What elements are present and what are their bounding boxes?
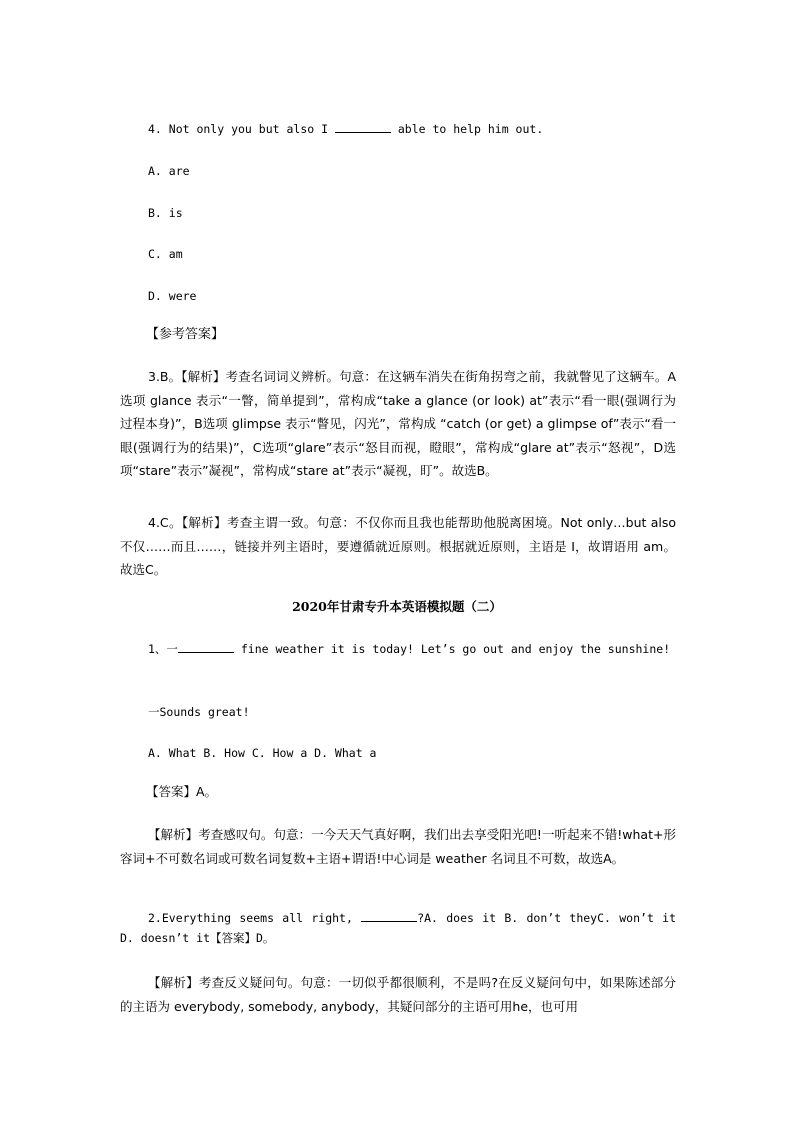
answer-blank bbox=[178, 641, 234, 653]
explanation-4: 4.C。【解析】考查主谓一致。句意：不仅你而且我也能帮助他脱离困境。Not on… bbox=[120, 511, 676, 582]
question-4-stem: 4. Not only you but also I able to help … bbox=[148, 119, 543, 139]
question-4-option-b: B. is bbox=[148, 203, 183, 223]
question-1-analysis: 【解析】考查感叹句。句意：一今天天气真好啊，我们出去享受阳光吧!一听起来不错!w… bbox=[120, 823, 676, 870]
question-1-reply: 一Sounds great! bbox=[148, 702, 250, 722]
question-4-option-d: D. were bbox=[148, 286, 196, 306]
question-2-analysis: 【解析】考查反义疑问句。句意：一切似乎都很顺利，不是吗?在反义疑问句中，如果陈述… bbox=[120, 971, 676, 1018]
document-page: 4. Not only you but also I able to help … bbox=[0, 0, 794, 1123]
question-4-option-c: C. am bbox=[148, 244, 183, 264]
question-4-option-a: A. are bbox=[148, 161, 190, 181]
answer-blank bbox=[335, 121, 391, 133]
question-2-stem: 2.Everything seems all right, ?A. does i… bbox=[120, 908, 676, 948]
question-1-stem-prefix: 1、一 bbox=[148, 642, 178, 656]
question-4-stem-before: 4. Not only you but also I bbox=[148, 122, 335, 136]
question-1-stem-suffix: fine weather it is today! Let’s go out a… bbox=[234, 642, 670, 656]
question-2-stem-prefix: 2.Everything seems all right, bbox=[148, 911, 361, 925]
reference-answer-heading: 【参考答案】 bbox=[146, 325, 224, 345]
answer-blank bbox=[361, 910, 417, 922]
explanation-3: 3.B。【解析】考查名词词义辨析。句意：在这辆车消失在街角拐弯之前，我就瞥见了这… bbox=[120, 365, 676, 483]
section-title: 2020年甘肃专升本英语模拟题（二） bbox=[0, 597, 794, 615]
question-1-answer: 【答案】A。 bbox=[146, 782, 217, 802]
question-4-stem-after: able to help him out. bbox=[391, 122, 543, 136]
question-1-stem: 1、一 fine weather it is today! Let’s go o… bbox=[120, 637, 676, 661]
question-1-options: A. What B. How C. How a D. What a bbox=[148, 743, 376, 763]
